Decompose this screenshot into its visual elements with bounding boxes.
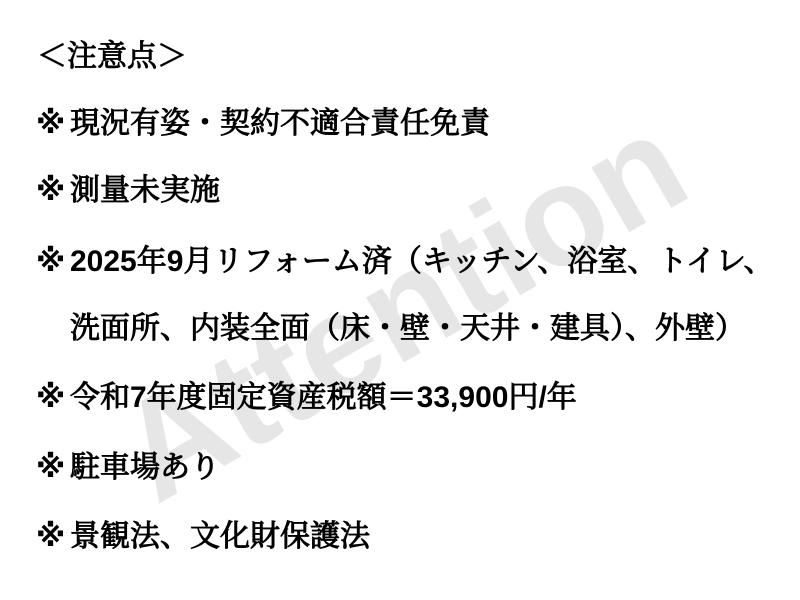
note-line: ※ 景観法、文化財保護法 [36,520,370,555]
note-line: ※ 2025年9月リフォーム済（キッチン、浴室、トイレ、 [36,245,774,280]
note-line: ※ 駐車場あり [36,451,220,486]
note-line: ※ 測量未実施 [36,174,220,209]
note-marker: ※ [36,107,70,142]
note-marker: ※ [36,451,70,486]
note-line: ※ 令和7年度固定資産税額＝33,900円/年 [36,381,577,416]
slide: Attention ＜注意点＞ ※ 現況有姿・契約不適合責任免責 ※ 測量未実施… [0,0,800,600]
note-marker: ※ [36,245,70,280]
note-marker: ※ [36,381,70,416]
page-title: ＜注意点＞ [37,40,187,75]
note-line-continuation: 洗面所、内装全面（床・壁・天井・建具）、外壁） [70,312,745,347]
note-text: 測量未実施 [70,174,220,209]
note-line: ※ 現況有姿・契約不適合責任免責 [36,107,490,142]
note-text: 2025年9月リフォーム済（キッチン、浴室、トイレ、 [70,245,774,280]
note-marker: ※ [36,520,70,555]
note-marker: ※ [36,174,70,209]
note-text: 景観法、文化財保護法 [70,520,370,555]
note-text: 現況有姿・契約不適合責任免責 [70,107,490,142]
note-text: 洗面所、内装全面（床・壁・天井・建具）、外壁） [70,312,745,347]
note-text: 令和7年度固定資産税額＝33,900円/年 [70,381,577,416]
note-text: 駐車場あり [70,451,220,486]
